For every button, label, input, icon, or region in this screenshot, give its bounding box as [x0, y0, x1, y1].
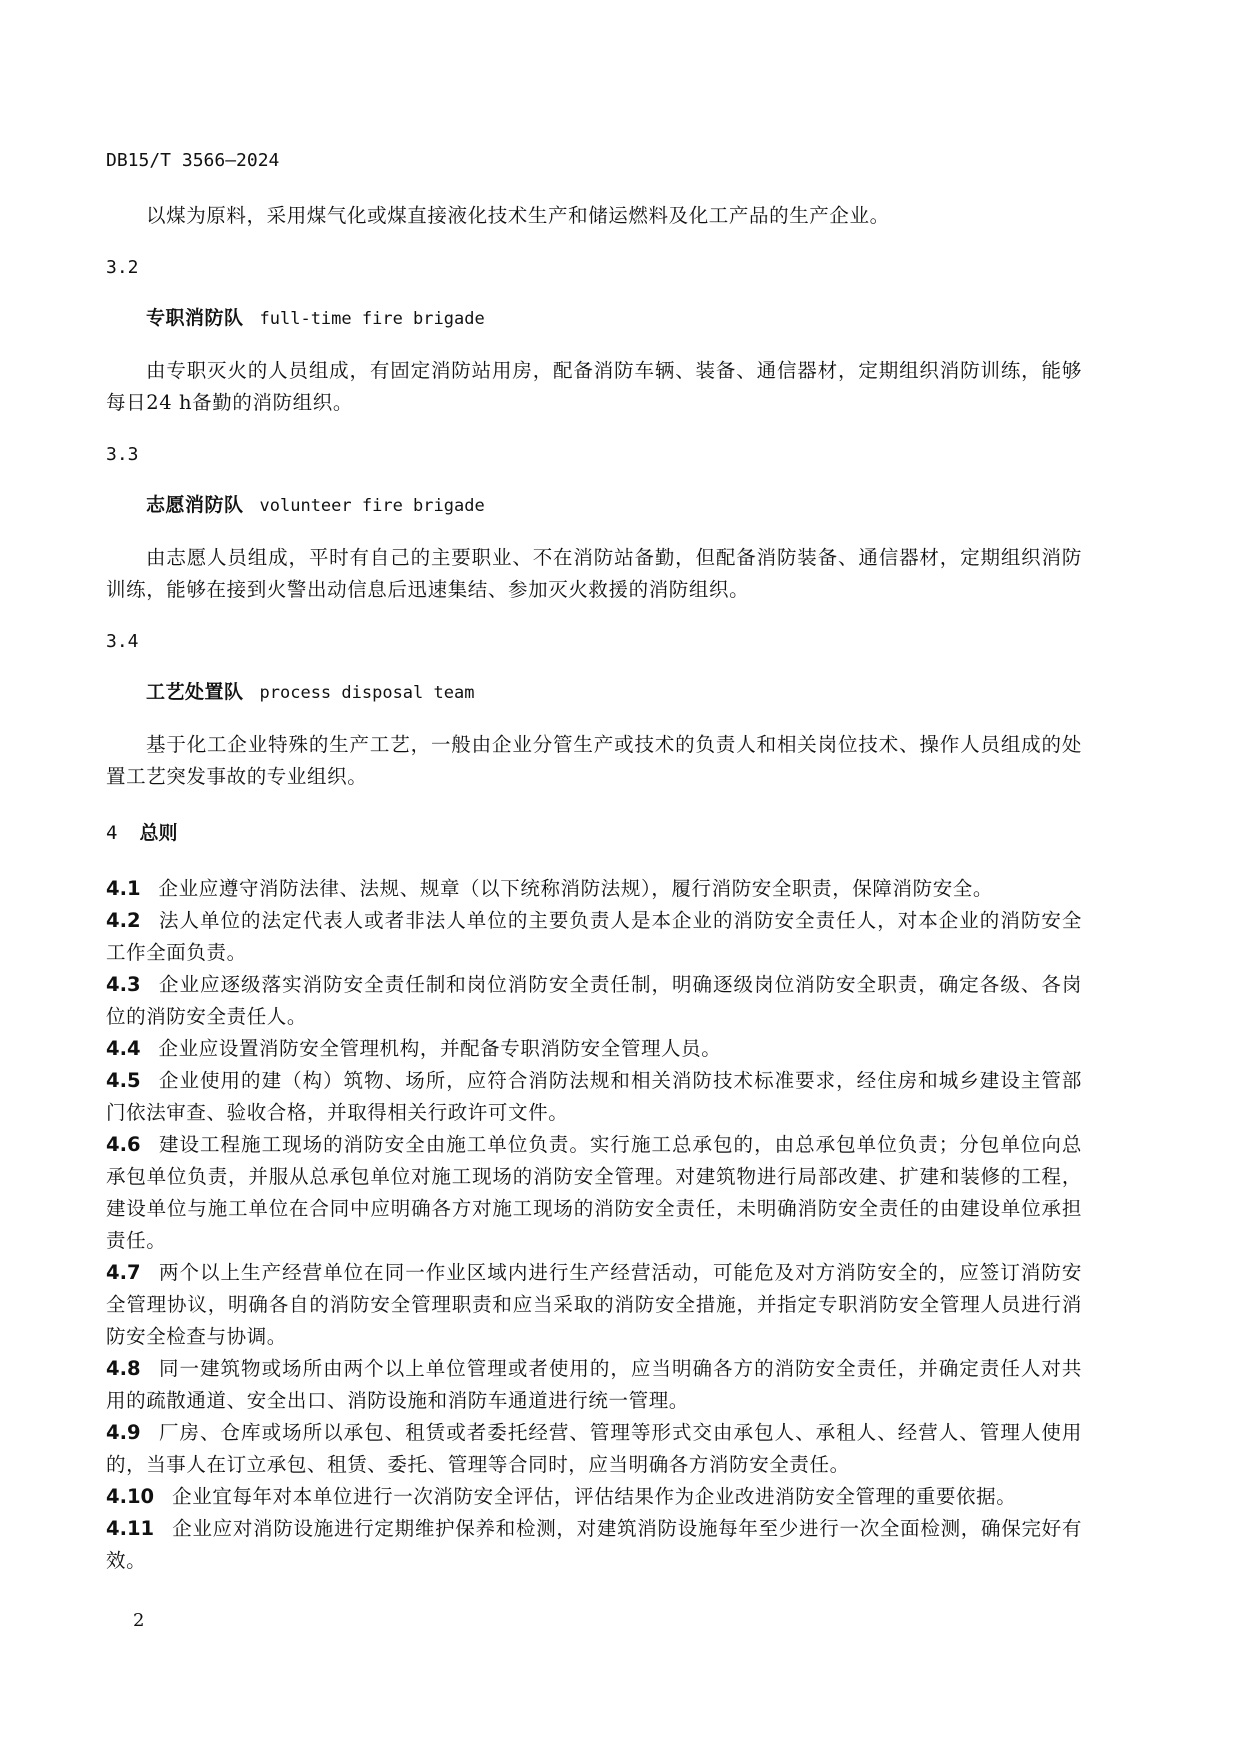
term-definition-3-3: 由志愿人员组成，平时有自己的主要职业、不在消防站备勤，但配备消防装备、通信器材，… [106, 542, 1082, 606]
clause-4-2: 4.2法人单位的法定代表人或者非法人单位的主要负责人是本企业的消防安全责任人，对… [106, 905, 1082, 969]
clause-4-11: 4.11企业应对消防设施进行定期维护保养和检测，对建筑消防设施每年至少进行一次全… [106, 1513, 1082, 1577]
term-cn-3-4: 工艺处置队 [146, 681, 244, 703]
term-en-3-3: volunteer fire brigade [260, 496, 485, 516]
term-definition-3-2: 由专职灭火的人员组成，有固定消防站用房，配备消防车辆、装备、通信器材，定期组织消… [106, 355, 1082, 419]
standard-code-header: DB15/T 3566—2024 [106, 150, 279, 171]
page-number: 2 [133, 1610, 144, 1631]
term-number-3-3: 3.3 [106, 441, 1082, 469]
definition-3-1-continued: 以煤为原料，采用煤气化或煤直接液化技术生产和储运燃料及化工产品的生产企业。 [106, 200, 1082, 232]
document-page: DB15/T 3566—2024 以煤为原料，采用煤气化或煤直接液化技术生产和储… [0, 0, 1241, 1755]
section-heading-4: 4总则 [106, 819, 1082, 847]
term-number-3-2: 3.2 [106, 254, 1082, 282]
clause-4-5: 4.5企业使用的建（构）筑物、场所，应符合消防法规和相关消防技术标准要求，经住房… [106, 1065, 1082, 1129]
term-en-3-4: process disposal team [260, 683, 475, 703]
term-title-3-3: 志愿消防队volunteer fire brigade [106, 491, 1082, 520]
clause-4-6: 4.6建设工程施工现场的消防安全由施工单位负责。实行施工总承包的，由总承包单位负… [106, 1129, 1082, 1257]
term-title-3-2: 专职消防队full-time fire brigade [106, 304, 1082, 333]
term-definition-3-4: 基于化工企业特殊的生产工艺，一般由企业分管生产或技术的负责人和相关岗位技术、操作… [106, 729, 1082, 793]
term-number-3-4: 3.4 [106, 628, 1082, 656]
term-title-3-4: 工艺处置队process disposal team [106, 678, 1082, 707]
term-cn-3-2: 专职消防队 [146, 307, 244, 329]
clause-4-7: 4.7两个以上生产经营单位在同一作业区域内进行生产经营活动，可能危及对方消防安全… [106, 1257, 1082, 1353]
section-title-4: 总则 [139, 822, 177, 844]
term-cn-3-3: 志愿消防队 [146, 494, 244, 516]
clause-4-3: 4.3企业应逐级落实消防安全责任制和岗位消防安全责任制，明确逐级岗位消防安全职责… [106, 969, 1082, 1033]
section-number-4: 4 [106, 822, 117, 844]
clause-4-1: 4.1企业应遵守消防法律、法规、规章（以下统称消防法规），履行消防安全职责，保障… [106, 873, 1082, 905]
term-en-3-2: full-time fire brigade [260, 309, 485, 329]
clause-4-8: 4.8同一建筑物或场所由两个以上单位管理或者使用的，应当明确各方的消防安全责任，… [106, 1353, 1082, 1417]
clause-4-10: 4.10企业宜每年对本单位进行一次消防安全评估，评估结果作为企业改进消防安全管理… [106, 1481, 1082, 1513]
clause-4-4: 4.4企业应设置消防安全管理机构，并配备专职消防安全管理人员。 [106, 1033, 1082, 1065]
page-content: 以煤为原料，采用煤气化或煤直接液化技术生产和储运燃料及化工产品的生产企业。 3.… [106, 200, 1082, 1577]
clause-4-9: 4.9厂房、仓库或场所以承包、租赁或者委托经营、管理等形式交由承包人、承租人、经… [106, 1417, 1082, 1481]
